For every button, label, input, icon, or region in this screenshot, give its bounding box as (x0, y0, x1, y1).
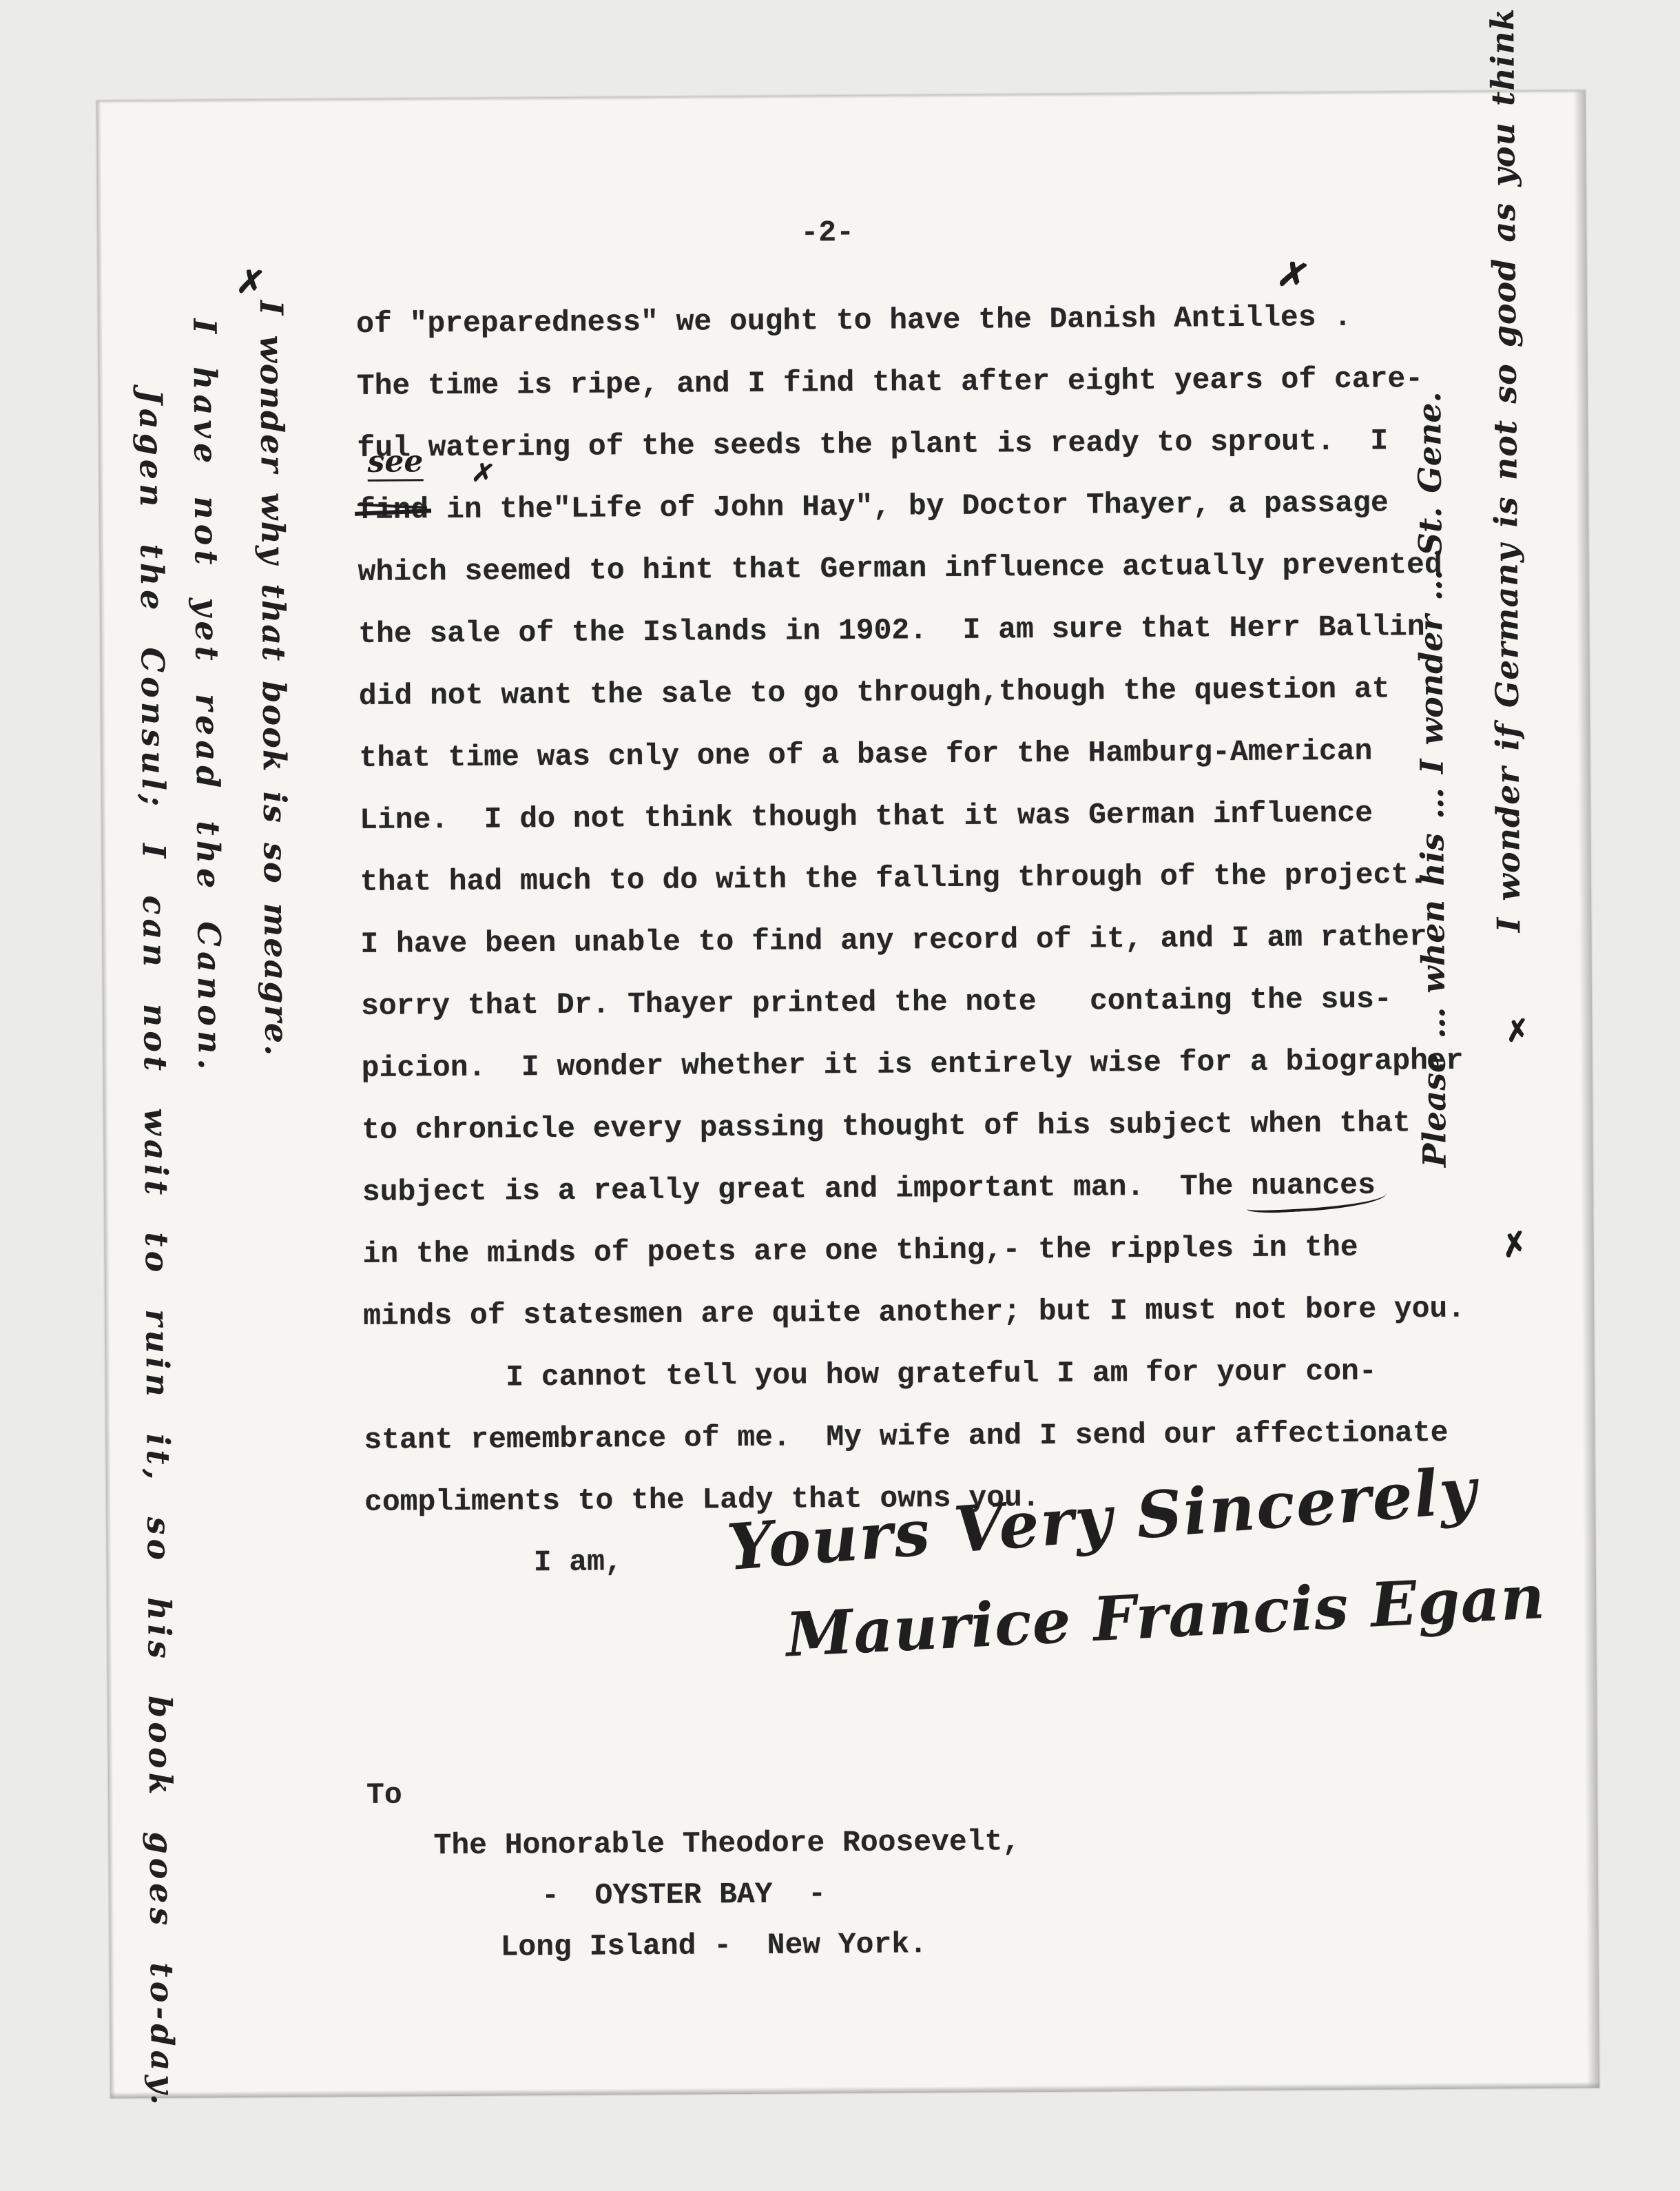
letter-paper: -2- of "preparedness" we ought to have t… (96, 90, 1599, 2098)
signature-name: Maurice Francis Egan (784, 1561, 1546, 1671)
body-line: minds of statesmen are quite another; bu… (363, 1278, 1465, 1348)
body-line: stant remembrance of me. My wife and I s… (364, 1402, 1466, 1472)
address-to-label: To (366, 1778, 402, 1812)
address-recipient: The Honorable Theodore Roosevelt, (433, 1824, 1020, 1862)
margin-note-left-1: I wonder why that book is so meagre. (251, 300, 297, 1031)
body-line: I have been unable to find any record of… (360, 906, 1462, 976)
margin-note-right-outer: I wonder if Germany is not so good as yo… (1482, 126, 1529, 932)
body-line: the sale of the Islands in 1902. I am su… (358, 596, 1460, 666)
x-mark-left-margin: ✗ (234, 262, 267, 304)
paper-edge-shadow-bottom (110, 2081, 1599, 2098)
body-line: that time was cnly one of a base for the… (359, 720, 1461, 790)
body-line: which seemed to hint that German influen… (357, 534, 1460, 604)
body-line-pre: subject is a really great and important … (362, 1169, 1252, 1209)
body-line: Line. I do not think though that it was … (360, 782, 1462, 852)
margin-note-right-inner: Please … when his … I wonder … St. Gene. (1411, 654, 1455, 1167)
handwritten-insert-see: see (367, 444, 423, 482)
underlined-word-nuances: nuances (1251, 1169, 1376, 1203)
scanned-letter-page-2: -2- of "preparedness" we ought to have t… (0, 0, 1680, 2191)
body-line: in the minds of poets are one thing,- th… (362, 1216, 1464, 1286)
paper-edge-shadow-top (96, 90, 1586, 103)
closing-i-am: I am, (533, 1531, 623, 1594)
body-line: did not want the sale to go through,thou… (359, 658, 1461, 728)
body-line-with-underline: subject is a really great and important … (362, 1154, 1464, 1224)
body-line: sorry that Dr. Thayer printed the note c… (361, 968, 1463, 1038)
page-number: -2- (751, 215, 903, 250)
body-line-with-correction: find in the"Life of John Hay", by Doctor… (357, 472, 1460, 542)
x-mark-right-margin-lower: ✗ (1498, 1224, 1531, 1265)
body-line: I cannot tell you how grateful I am for … (364, 1340, 1466, 1410)
margin-note-left-3: Jagen the Consul; I can not wait to ruin… (130, 389, 183, 2057)
margin-note-left-2: I have not yet read the Canon. (184, 318, 231, 1193)
body-line-rest: in the"Life of John Hay", by Doctor Thay… (428, 486, 1389, 527)
body-line: The time is ripe, and I find that after … (356, 348, 1458, 418)
struck-word-find: find (357, 493, 429, 527)
address-oyster-bay: - OYSTER BAY - (541, 1877, 826, 1913)
body-line: picion. I wonder whether it is entirely … (361, 1030, 1463, 1100)
letter-body: of "preparedness" we ought to have the D… (356, 286, 1466, 1534)
paper-edge-shadow-right (1573, 90, 1599, 2088)
address-long-island: Long Island - New York. (500, 1927, 927, 1964)
body-line: ful watering of the seeds the plant is r… (357, 410, 1459, 480)
x-mark-right-margin-upper: ✗ (1504, 1012, 1531, 1049)
body-line: to chronicle every passing thought of hi… (362, 1092, 1464, 1162)
paper-edge-shadow-left (96, 101, 115, 2099)
body-line: that had much to do with the falling thr… (360, 844, 1462, 914)
